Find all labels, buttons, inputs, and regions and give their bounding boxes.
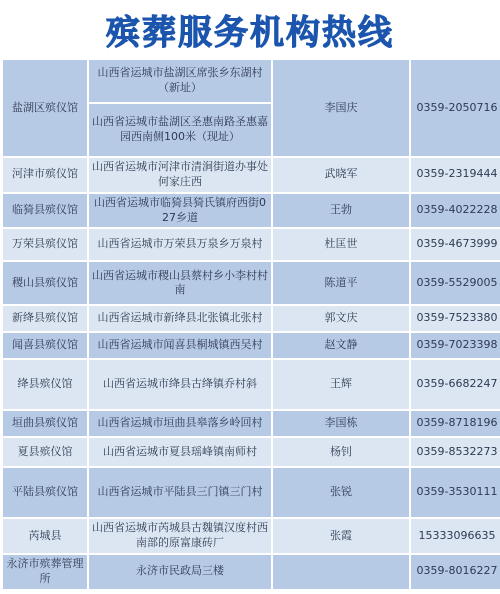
contact-person: 张锐 [273,468,409,517]
phone-number: 0359-2319444 [411,158,500,192]
table-row: 芮城县 山西省运城市芮城县古魏镇汉度村西南部的原富康砖厂 张霞 15333096… [3,519,500,553]
facility-address: 山西省运城市夏县瑶峰镇南师村 [89,438,271,466]
table-row: 绛县殡仪馆 山西省运城市绛县古绛镇乔村斜 王辉 0359-6682247 [3,360,500,409]
phone-number: 0359-2050716 [411,60,500,156]
phone-number: 0359-3530111 [411,468,500,517]
phone-number: 0359-4673999 [411,229,500,260]
contact-person [273,555,409,589]
table-row: 河津市殡仪馆 山西省运城市河津市清涧街道办事处何家庄西 武晓军 0359-231… [3,158,500,192]
contact-person: 赵文静 [273,333,409,358]
facility-name: 盐湖区殡仪馆 [3,60,87,156]
contact-person: 王辉 [273,360,409,409]
phone-number: 0359-7523380 [411,306,500,331]
facility-address: 山西省运城市绛县古绛镇乔村斜 [89,360,271,409]
contact-person: 李国庆 [273,60,409,156]
funeral-hotline-table: 盐湖区殡仪馆 山西省运城市盐湖区席张乡东湖村（新址） 李国庆 0359-2050… [1,58,500,591]
facility-name: 万荣县殡仪馆 [3,229,87,260]
facility-name: 新绛县殡仪馆 [3,306,87,331]
facility-address: 山西省运城市新绛县北张镇北张村 [89,306,271,331]
table-row: 新绛县殡仪馆 山西省运城市新绛县北张镇北张村 郭文庆 0359-7523380 [3,306,500,331]
facility-name: 稷山县殡仪馆 [3,262,87,304]
facility-name: 绛县殡仪馆 [3,360,87,409]
facility-address: 山西省运城市临猗县猗氏镇府西街027乡道 [89,194,271,228]
contact-person: 陈道平 [273,262,409,304]
phone-number: 0359-8016227 [411,555,500,589]
facility-address: 永济市民政局三楼 [89,555,271,589]
contact-person: 杜匡世 [273,229,409,260]
facility-name: 闻喜县殡仪馆 [3,333,87,358]
contact-person: 张霞 [273,519,409,553]
phone-number: 0359-5529005 [411,262,500,304]
facility-name: 垣曲县殡仪馆 [3,411,87,436]
facility-address: 山西省运城市万荣县万泉乡万泉村 [89,229,271,260]
phone-number: 0359-6682247 [411,360,500,409]
contact-person: 王勃 [273,194,409,228]
contact-person: 郭文庆 [273,306,409,331]
page: 殡葬服务机构热线 盐湖区殡仪馆 山西省运城市盐湖区席张乡东湖村（新址） 李国庆 … [0,0,500,594]
table-row: 平陆县殡仪馆 山西省运城市平陆县三门镇三门村 张锐 0359-3530111 [3,468,500,517]
facility-name: 永济市殡葬管理所 [3,555,87,589]
facility-address: 山西省运城市平陆县三门镇三门村 [89,468,271,517]
phone-number: 0359-8532273 [411,438,500,466]
facility-address: 山西省运城市垣曲县皋落乡岭回村 [89,411,271,436]
facility-address: 山西省运城市河津市清涧街道办事处何家庄西 [89,158,271,192]
facility-name: 夏县殡仪馆 [3,438,87,466]
contact-person: 武晓军 [273,158,409,192]
table-row: 夏县殡仪馆 山西省运城市夏县瑶峰镇南师村 杨钊 0359-8532273 [3,438,500,466]
phone-number: 15333096635 [411,519,500,553]
facility-name: 平陆县殡仪馆 [3,468,87,517]
table-row: 闻喜县殡仪馆 山西省运城市闻喜县桐城镇西吴村 赵文静 0359-7023398 [3,333,500,358]
table-row: 垣曲县殡仪馆 山西省运城市垣曲县皋落乡岭回村 李国栋 0359-8718196 [3,411,500,436]
facility-name: 临猗县殡仪馆 [3,194,87,228]
table-row: 临猗县殡仪馆 山西省运城市临猗县猗氏镇府西街027乡道 王勃 0359-4022… [3,194,500,228]
contact-person: 杨钊 [273,438,409,466]
table-row: 稷山县殡仪馆 山西省运城市稷山县蔡村乡小李村村南 陈道平 0359-552900… [3,262,500,304]
facility-address: 山西省运城市稷山县蔡村乡小李村村南 [89,262,271,304]
facility-address: 山西省运城市闻喜县桐城镇西吴村 [89,333,271,358]
facility-name: 芮城县 [3,519,87,553]
phone-number: 0359-8718196 [411,411,500,436]
facility-name: 河津市殡仪馆 [3,158,87,192]
contact-person: 李国栋 [273,411,409,436]
page-title: 殡葬服务机构热线 [0,0,500,58]
table-row: 永济市殡葬管理所 永济市民政局三楼 0359-8016227 [3,555,500,589]
facility-address: 山西省运城市芮城县古魏镇汉度村西南部的原富康砖厂 [89,519,271,553]
table-row: 盐湖区殡仪馆 山西省运城市盐湖区席张乡东湖村（新址） 李国庆 0359-2050… [3,60,500,102]
facility-address-new: 山西省运城市盐湖区席张乡东湖村（新址） [89,60,271,102]
facility-address-current: 山西省运城市盐湖区圣惠南路圣惠嘉园西南侧100米（现址） [89,104,271,156]
phone-number: 0359-7023398 [411,333,500,358]
phone-number: 0359-4022228 [411,194,500,228]
table-row: 万荣县殡仪馆 山西省运城市万荣县万泉乡万泉村 杜匡世 0359-4673999 [3,229,500,260]
